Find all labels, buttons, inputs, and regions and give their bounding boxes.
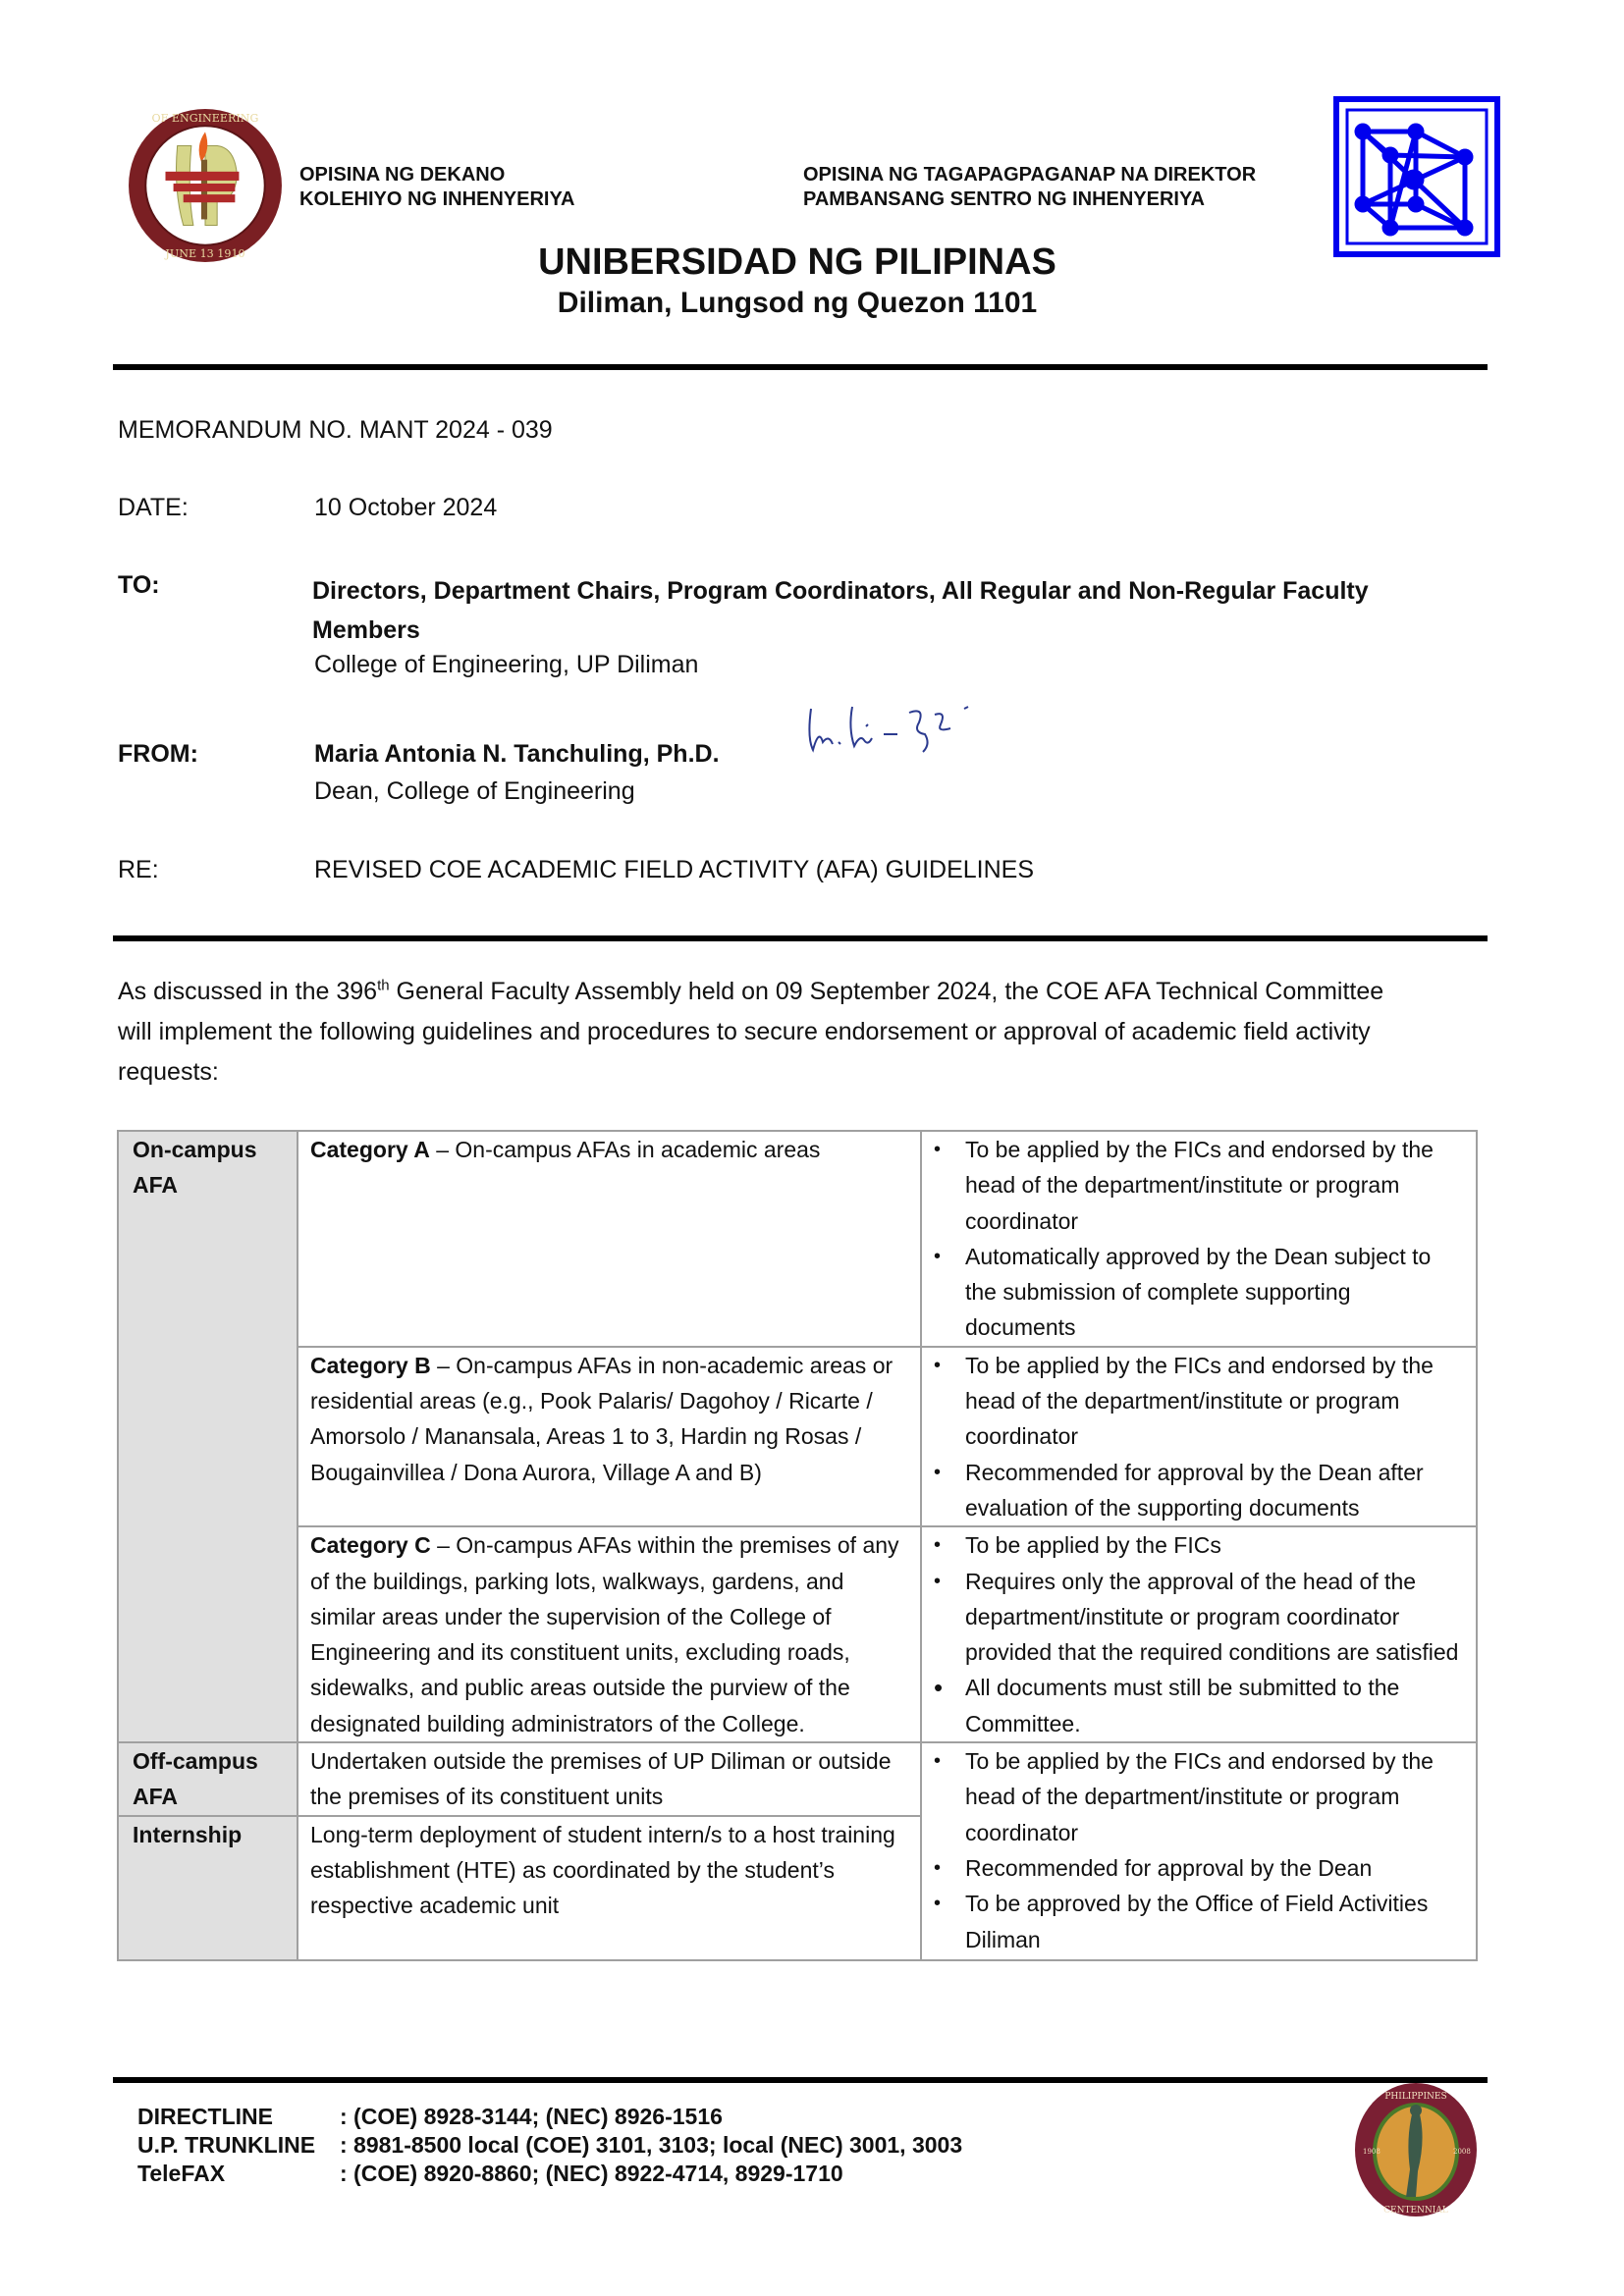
list-item: To be approved by the Office of Field Ac…	[932, 1886, 1464, 1957]
office-of-the-dean: OPISINA NG DEKANO KOLEHIYO NG INHENYERIY…	[299, 163, 574, 212]
memo-divider	[113, 935, 1488, 941]
type-cell-off-campus: Off-campus AFA	[118, 1742, 298, 1816]
type-cell-internship: Internship	[118, 1816, 298, 1960]
re-subject: REVISED COE ACADEMIC FIELD ACTIVITY (AFA…	[314, 856, 1034, 884]
date-value: 10 October 2024	[314, 494, 497, 522]
list-item: Recommended for approval by the Dean aft…	[932, 1455, 1464, 1526]
procedure-cell-category-b: To be applied by the FICs and endorsed b…	[921, 1347, 1477, 1526]
re-label: RE:	[118, 856, 159, 884]
nec-lattice-icon	[1333, 96, 1500, 257]
procedure-cell-off-campus-internship: To be applied by the FICs and endorsed b…	[921, 1742, 1477, 1960]
university-name: UNIBERSIDAD NG PILIPINAS	[0, 241, 1595, 284]
date-label: DATE:	[118, 494, 189, 522]
afa-guidelines-table: On-campus AFA Category A – On-campus AFA…	[117, 1130, 1478, 1961]
up-centennial-seal-icon: PHILIPPINES CENTENNIAL 1908 2008	[1347, 2081, 1485, 2218]
office-of-executive-director: OPISINA NG TAGAPAGPAGANAP NA DIREKTOR PA…	[803, 163, 1256, 212]
svg-text:2008: 2008	[1453, 2148, 1471, 2156]
table-row: Off-campus AFA Undertaken outside the pr…	[118, 1742, 1477, 1816]
list-item: Recommended for approval by the Dean	[932, 1850, 1464, 1886]
desc-cell-category-b: Category B – On-campus AFAs in non-acade…	[298, 1347, 921, 1526]
contact-directline: DIRECTLINE: (COE) 8928-3144; (NEC) 8926-…	[137, 2103, 962, 2131]
table-row: Category B – On-campus AFAs in non-acade…	[118, 1347, 1477, 1526]
signature-icon	[803, 699, 1009, 758]
desc-cell-category-c: Category C – On-campus AFAs within the p…	[298, 1526, 921, 1742]
to-label: TO:	[118, 571, 160, 600]
university-address: Diliman, Lungsod ng Quezon 1101	[0, 287, 1595, 320]
footer-divider	[113, 2077, 1488, 2083]
list-item: To be applied by the FICs	[932, 1527, 1464, 1563]
contact-telefax: TeleFAX: (COE) 8920-8860; (NEC) 8922-471…	[137, 2160, 962, 2188]
intro-paragraph: As discussed in the 396th General Facult…	[118, 972, 1424, 1093]
to-unit: College of Engineering, UP Diliman	[314, 651, 698, 679]
list-item: To be applied by the FICs and endorsed b…	[932, 1132, 1464, 1239]
from-label: FROM:	[118, 740, 198, 769]
procedure-cell-category-c: To be applied by the FICs Requires only …	[921, 1526, 1477, 1742]
desc-cell-off-campus: Undertaken outside the premises of UP Di…	[298, 1742, 921, 1816]
procedure-cell-category-a: To be applied by the FICs and endorsed b…	[921, 1131, 1477, 1347]
table-row: Category C – On-campus AFAs within the p…	[118, 1526, 1477, 1742]
desc-cell-category-a: Category A – On-campus AFAs in academic …	[298, 1131, 921, 1347]
contact-trunkline: U.P. TRUNKLINE: 8981-8500 local (COE) 31…	[137, 2131, 962, 2160]
from-title: Dean, College of Engineering	[314, 777, 635, 806]
desc-cell-internship: Long-term deployment of student intern/s…	[298, 1816, 921, 1960]
to-recipients: Directors, Department Chairs, Program Co…	[312, 571, 1441, 650]
svg-text:PHILIPPINES: PHILIPPINES	[1384, 2092, 1446, 2102]
contact-info: DIRECTLINE: (COE) 8928-3144; (NEC) 8926-…	[137, 2103, 962, 2188]
list-item: Automatically approved by the Dean subje…	[932, 1239, 1464, 1346]
list-item: Requires only the approval of the head o…	[932, 1564, 1464, 1671]
list-item: All documents must still be submitted to…	[932, 1670, 1464, 1741]
type-cell-on-campus: On-campus AFA	[118, 1131, 298, 1742]
memo-number: MEMORANDUM NO. MANT 2024 - 039	[118, 416, 553, 445]
svg-text:CENTENNIAL: CENTENNIAL	[1383, 2206, 1448, 2216]
header-divider	[113, 364, 1488, 370]
list-item: To be applied by the FICs and endorsed b…	[932, 1743, 1464, 1850]
list-item: To be applied by the FICs and endorsed b…	[932, 1348, 1464, 1455]
from-name: Maria Antonia N. Tanchuling, Ph.D.	[314, 740, 720, 769]
table-row: On-campus AFA Category A – On-campus AFA…	[118, 1131, 1477, 1347]
svg-text:1908: 1908	[1363, 2148, 1380, 2156]
svg-text:OF ENGINEERING: OF ENGINEERING	[152, 112, 259, 125]
